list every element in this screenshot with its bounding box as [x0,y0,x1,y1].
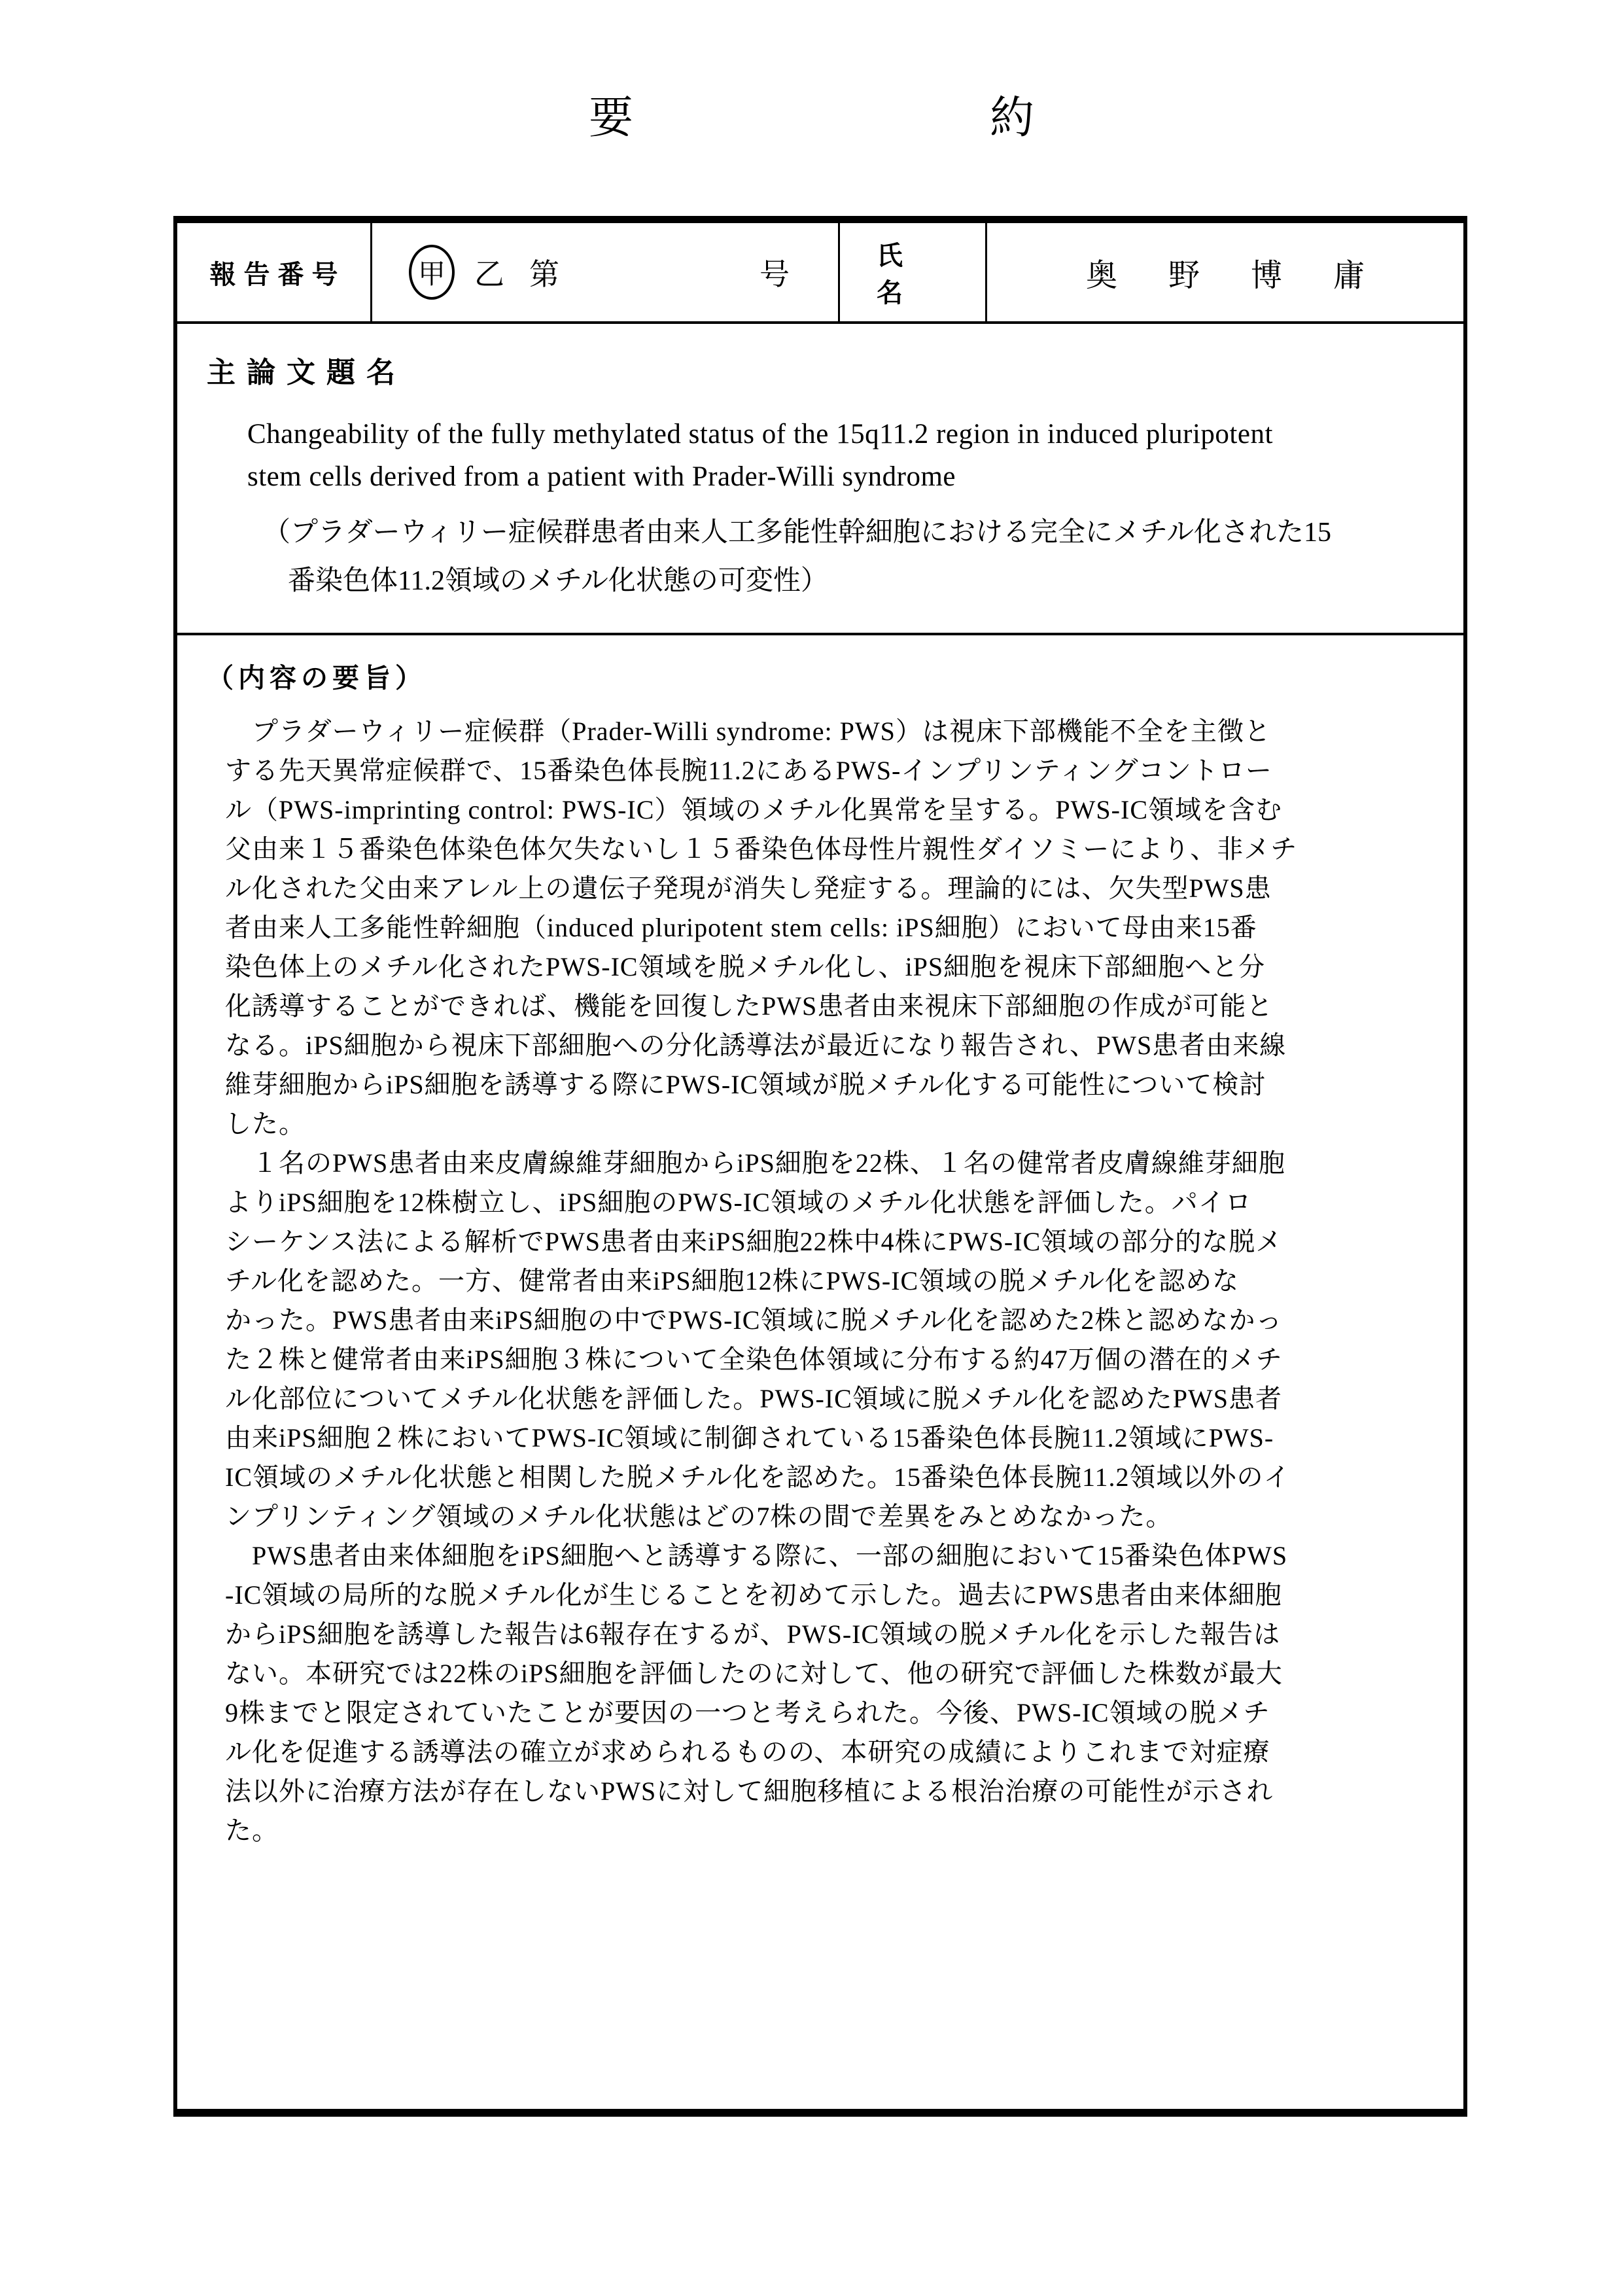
abstract-line: 由来iPS細胞２株においてPWS-IC領域に制御されている15番染色体長腕11.… [225,1419,1434,1458]
document-frame: 報告番号 甲 乙 第 号 氏名 奥野博庸 主論文題名 Changeability… [173,216,1467,2117]
abstract-line: 維芽細胞からiPS細胞を誘導する際にPWS-IC領域が脱メチル化する可能性につい… [225,1065,1434,1104]
report-number-field: 甲 乙 第 号 [370,223,838,321]
name-value: 奥野博庸 [985,223,1463,321]
english-title-line: Changeability of the fully methylated st… [247,413,1434,455]
english-title-line: stem cells derived from a patient with P… [247,455,1434,498]
document-page: 要 約 報告番号 甲 乙 第 号 氏名 奥野博庸 主論文題名 Changeabi… [0,0,1623,2296]
header-row: 報告番号 甲 乙 第 号 氏名 奥野博庸 [177,223,1463,324]
main-title-section: 主論文題名 Changeability of the fully methyla… [177,324,1463,635]
abstract-line: なる。iPS細胞から視床下部細胞への分化誘導法が最近になり報告され、PWS患者由… [225,1026,1434,1065]
abstract-line: 者由来人工多能性幹細胞（induced pluripotent stem cel… [225,908,1434,947]
abstract-body: プラダーウィリー症候群（Prader-Willi syndrome: PWS）は… [225,712,1434,1850]
page-title: 要 約 [0,96,1623,140]
abstract-line: た２株と健常者由来iPS細胞３株について全染色体領域に分布する約47万個の潜在的… [225,1340,1434,1379]
abstract-line: ル（PWS-imprinting control: PWS-IC）領域のメチル化… [225,790,1434,830]
abstract-line: ル化された父由来アレル上の遺伝子発現が消失し発症する。理論的には、欠失型PWS患 [225,869,1434,908]
japanese-title: （プラダーウィリー症候群患者由来人工多能性幹細胞における完全にメチル化された15… [263,508,1434,605]
abstract-line: シーケンス法による解析でPWS患者由来iPS細胞22株中4株にPWS-IC領域の… [225,1222,1434,1262]
abstract-line: ない。本研究では22株のiPS細胞を評価したのに対して、他の研究で評価した株数が… [225,1654,1434,1693]
abstract-line: ンプリンティング領域のメチル化状態はどの7株の間で差異をみとめなかった。 [225,1497,1434,1536]
abstract-section: （内容の要旨） プラダーウィリー症候群（Prader-Willi syndrom… [177,635,1463,2109]
abstract-line: 法以外に治療方法が存在しないPWSに対して細胞移植による根治治療の可能性が示され [225,1772,1434,1811]
english-title: Changeability of the fully methylated st… [247,413,1434,498]
page-title-char-right: 約 [990,96,1034,140]
abstract-line: かった。PWS患者由来iPS細胞の中でPWS-IC領域に脱メチル化を認めた2株と… [225,1301,1434,1340]
abstract-line: からiPS細胞を誘導した報告は6報存在するが、PWS-IC領域の脱メチル化を示し… [225,1615,1434,1654]
abstract-line: 染色体上のメチル化されたPWS-IC領域を脱メチル化し、iPS細胞を視床下部細胞… [225,947,1434,987]
abstract-paragraph: １名のPWS患者由来皮膚線維芽細胞からiPS細胞を22株、１名の健常者皮膚線維芽… [225,1144,1434,1536]
report-number-label: 報告番号 [177,223,370,321]
abstract-line: よりiPS細胞を12株樹立し、iPS細胞のPWS-IC領域のメチル化状態を評価し… [225,1183,1434,1222]
page-title-char-left: 要 [589,96,633,140]
abstract-line: した。 [225,1104,1434,1144]
otsu-label: 乙 [474,251,504,294]
abstract-line: IC領域のメチル化状態と相関した脱メチル化を認めた。15番染色体長腕11.2領域… [225,1458,1434,1497]
abstract-line: 化誘導することができれば、機能を回復したPWS患者由来視床下部細胞の作成が可能と [225,987,1434,1026]
abstract-line: ル化を促進する誘導法の確立が求められるものの、本研究の成績によりこれまで対症療 [225,1733,1434,1772]
abstract-paragraph: PWS患者由来体細胞をiPS細胞へと誘導する際に、一部の細胞において15番染色体… [225,1536,1434,1850]
abstract-line: する先天異常症候群で、15番染色体長腕11.2にあるPWS-インプリンティングコ… [225,751,1434,790]
abstract-line: １名のPWS患者由来皮膚線維芽細胞からiPS細胞を22株、１名の健常者皮膚線維芽… [225,1144,1434,1183]
abstract-line: -IC領域の局所的な脱メチル化が生じることを初めて示した。過去にPWS患者由来体… [225,1576,1434,1615]
japanese-title-line: （プラダーウィリー症候群患者由来人工多能性幹細胞における完全にメチル化された15 [263,508,1434,557]
abstract-line: た。 [225,1811,1434,1850]
abstract-section-label: （内容の要旨） [207,656,1434,695]
abstract-line: PWS患者由来体細胞をiPS細胞へと誘導する際に、一部の細胞において15番染色体… [225,1536,1434,1576]
abstract-line: ル化部位についてメチル化状態を評価した。PWS-IC領域に脱メチル化を認めたPW… [225,1379,1434,1419]
number-suffix-label: 号 [759,251,790,294]
abstract-line: 9株までと限定されていたことが要因の一つと考えられた。今後、PWS-IC領域の脱… [225,1693,1434,1733]
abstract-paragraph: プラダーウィリー症候群（Prader-Willi syndrome: PWS）は… [225,712,1434,1144]
number-prefix-label: 第 [529,251,559,294]
name-label: 氏名 [838,223,985,321]
abstract-line: プラダーウィリー症候群（Prader-Willi syndrome: PWS）は… [225,712,1434,751]
abstract-line: チル化を認めた。一方、健常者由来iPS細胞12株にPWS-IC領域の脱メチル化を… [225,1262,1434,1301]
abstract-line: 父由来１５番染色体染色体欠失ないし１５番染色体母性片親性ダイソミーにより、非メチ [225,830,1434,869]
main-title-section-label: 主論文題名 [207,349,1434,391]
circled-koh-mark: 甲 [409,245,455,300]
japanese-title-line: 番染色体11.2領域のメチル化状態の可変性） [288,557,1434,605]
